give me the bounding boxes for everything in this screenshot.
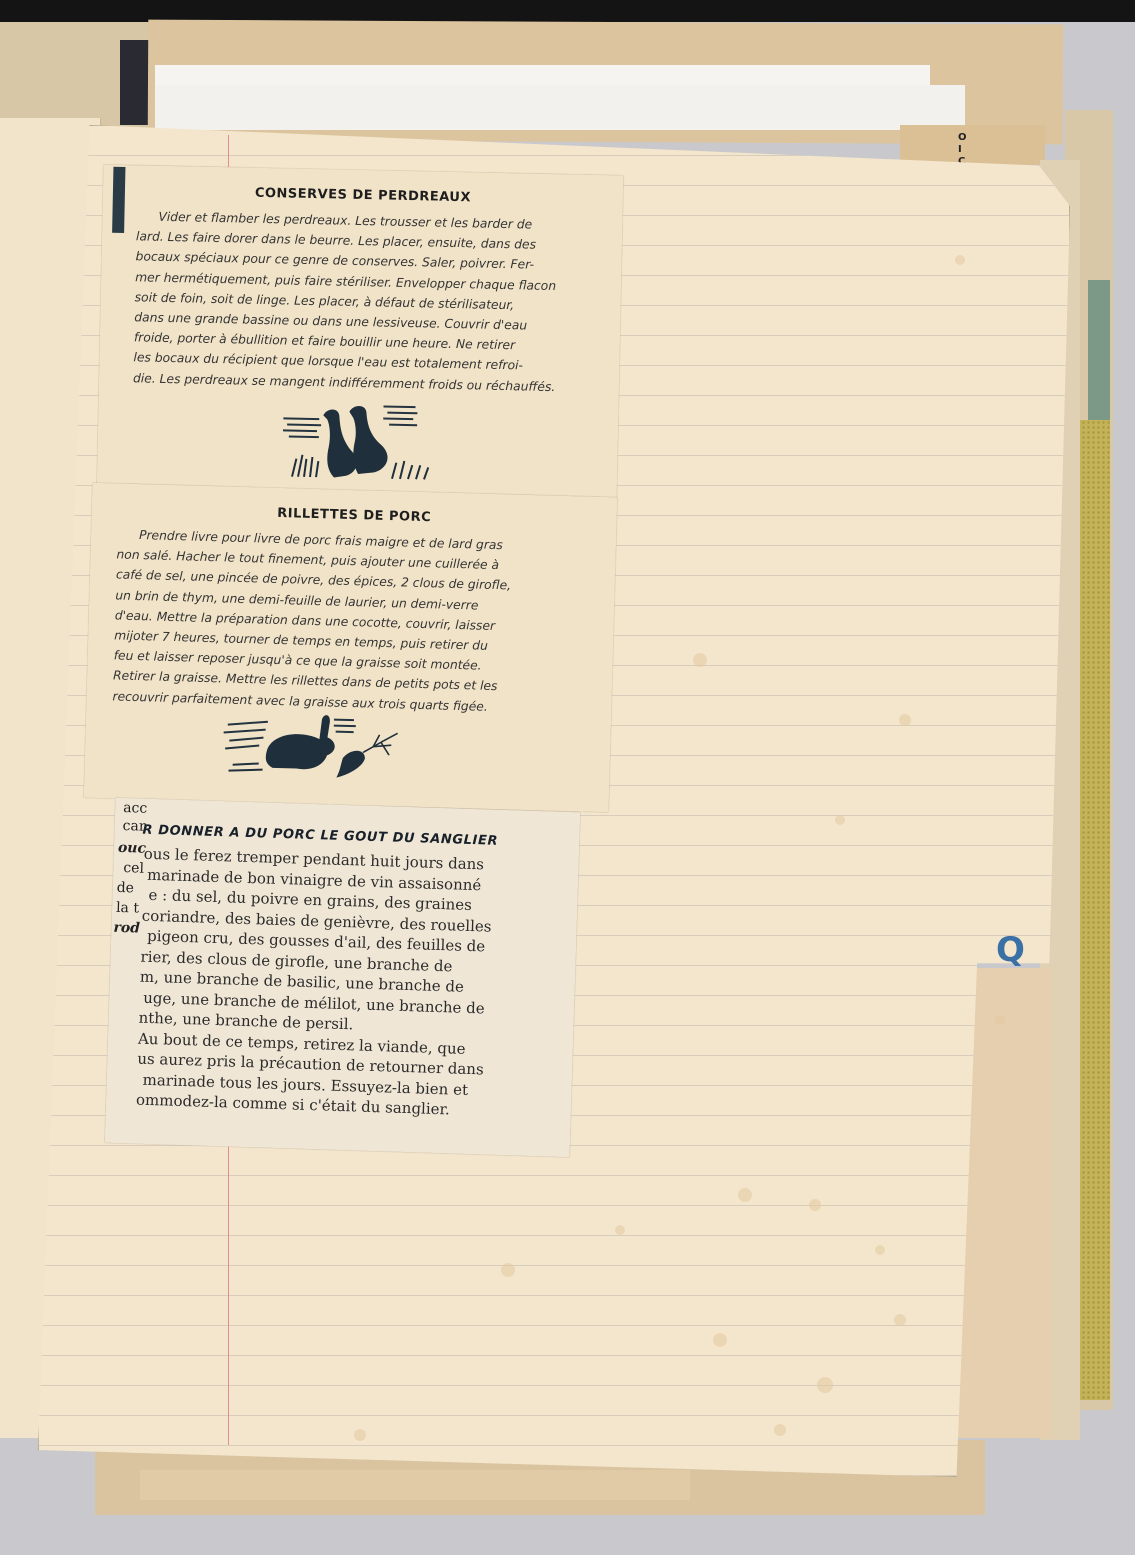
underlay-fragment: acc	[123, 800, 148, 817]
ink-mark	[112, 167, 125, 233]
margin-handwritten-mark: Q	[996, 930, 1025, 970]
tan-tab-sheet	[900, 125, 1045, 165]
clipping-body: ous le ferez tremper pendant huit jours …	[136, 844, 579, 1124]
white-sheet-lower	[155, 85, 965, 130]
bottom-page-edge-lower	[140, 1470, 690, 1500]
underlay-fragment: car	[122, 818, 145, 835]
two-ducks-illustration	[282, 396, 449, 484]
underlay-fragment: de	[116, 880, 134, 897]
clipping-conserves-de-perdreaux: CONSERVES DE PERDREAUX Vider et flamber …	[97, 165, 624, 506]
scanner-top-edge	[0, 0, 1135, 22]
background-shadow	[120, 40, 150, 125]
clipping-body: Prendre livre pour livre de porc frais m…	[112, 524, 604, 719]
underlay-fragment: ouc	[118, 840, 147, 857]
clipping-title: CONSERVES DE PERDREAUX	[103, 183, 623, 209]
underlay-fragment: rod	[113, 920, 140, 937]
underlay-fragment: la t	[116, 900, 139, 917]
underlay-fragment: cel	[123, 860, 144, 877]
clipping-rillettes-de-porc: RILLETTES DE PORC Prendre livre pour liv…	[84, 483, 618, 813]
rabbit-carrot-illustration	[222, 708, 404, 783]
clipping-body: Vider et flamber les perdreaux. Les trou…	[133, 206, 611, 398]
clipping-porc-gout-sanglier: R DONNER A DU PORC LE GOUT DU SANGLIER o…	[105, 798, 581, 1157]
